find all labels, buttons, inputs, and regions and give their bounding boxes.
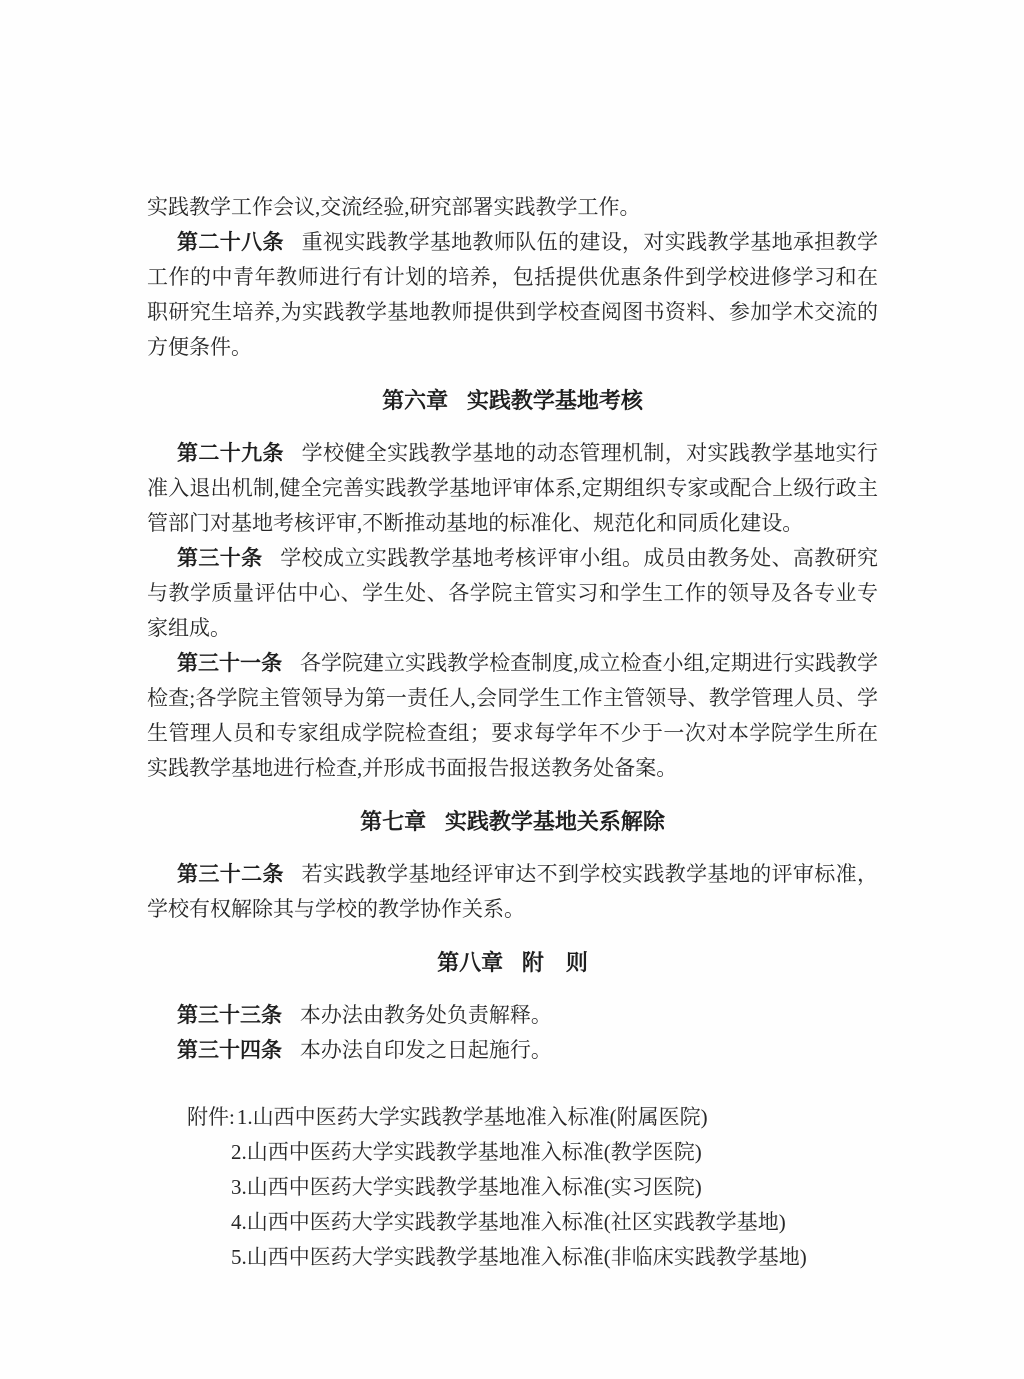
attachment-item-3: 3.山西中医药大学实践教学基地准入标准(实习医院) bbox=[231, 1170, 878, 1205]
article-33-paragraph: 第三十三条本办法由教务处负责解释。 bbox=[147, 998, 878, 1033]
article-28-paragraph: 第二十八条重视实践教学基地教师队伍的建设，对实践教学基地承担教学工作的中青年教师… bbox=[147, 225, 878, 365]
article-32-label: 第三十二条 bbox=[177, 863, 284, 886]
attachment-item-4: 4.山西中医药大学实践教学基地准入标准(社区实践教学基地) bbox=[231, 1205, 878, 1240]
attachment-item-2: 2.山西中医药大学实践教学基地准入标准(教学医院) bbox=[231, 1135, 878, 1170]
article-31-paragraph: 第三十一条各学院建立实践教学检查制度,成立检查小组,定期进行实践教学检查;各学院… bbox=[147, 646, 878, 786]
chapter-6-label: 第六章 bbox=[382, 388, 448, 413]
chapter-7-label: 第七章 bbox=[360, 809, 426, 834]
article-31-label: 第三十一条 bbox=[177, 652, 282, 675]
article-33-label: 第三十三条 bbox=[177, 1004, 282, 1027]
chapter-8-title: 附 则 bbox=[522, 950, 588, 975]
article-29-paragraph: 第二十九条学校健全实践教学基地的动态管理机制，对实践教学基地实行准入退出机制,健… bbox=[147, 436, 878, 541]
attachment-item-5: 5.山西中医药大学实践教学基地准入标准(非临床实践教学基地) bbox=[231, 1240, 878, 1275]
document-body: 实践教学工作会议,交流经验,研究部署实践教学工作。 第二十八条重视实践教学基地教… bbox=[147, 190, 878, 1275]
chapter-8-label: 第八章 bbox=[437, 950, 503, 975]
article-29-label: 第二十九条 bbox=[177, 442, 284, 465]
article-30-label: 第三十条 bbox=[177, 547, 262, 570]
chapter-7-heading: 第七章实践教学基地关系解除 bbox=[147, 804, 878, 839]
attachment-item-1: 附件:1.山西中医药大学实践教学基地准入标准(附属医院) bbox=[231, 1100, 878, 1135]
article-34-paragraph: 第三十四条本办法自印发之日起施行。 bbox=[147, 1033, 878, 1068]
attachments-list: 附件:1.山西中医药大学实践教学基地准入标准(附属医院) 2.山西中医药大学实践… bbox=[147, 1100, 878, 1275]
paragraph-continuation: 实践教学工作会议,交流经验,研究部署实践教学工作。 bbox=[147, 190, 878, 225]
chapter-6-heading: 第六章实践教学基地考核 bbox=[147, 383, 878, 418]
chapter-8-heading: 第八章附 则 bbox=[147, 945, 878, 980]
attachments-label: 附件: bbox=[187, 1105, 235, 1129]
article-32-paragraph: 第三十二条若实践教学基地经评审达不到学校实践教学基地的评审标准，学校有权解除其与… bbox=[147, 857, 878, 927]
article-33-text: 本办法由教务处负责解释。 bbox=[300, 1003, 552, 1027]
attachment-item-1-text: 1.山西中医药大学实践教学基地准入标准(附属医院) bbox=[237, 1105, 708, 1129]
article-34-label: 第三十四条 bbox=[177, 1039, 282, 1062]
chapter-6-title: 实践教学基地考核 bbox=[467, 388, 643, 413]
document-page: 实践教学工作会议,交流经验,研究部署实践教学工作。 第二十八条重视实践教学基地教… bbox=[0, 0, 1024, 1379]
article-34-text: 本办法自印发之日起施行。 bbox=[300, 1038, 552, 1062]
chapter-7-title: 实践教学基地关系解除 bbox=[445, 809, 665, 834]
article-28-label: 第二十八条 bbox=[177, 231, 284, 254]
article-30-paragraph: 第三十条学校成立实践教学基地考核评审小组。成员由教务处、高教研究与教学质量评估中… bbox=[147, 541, 878, 646]
